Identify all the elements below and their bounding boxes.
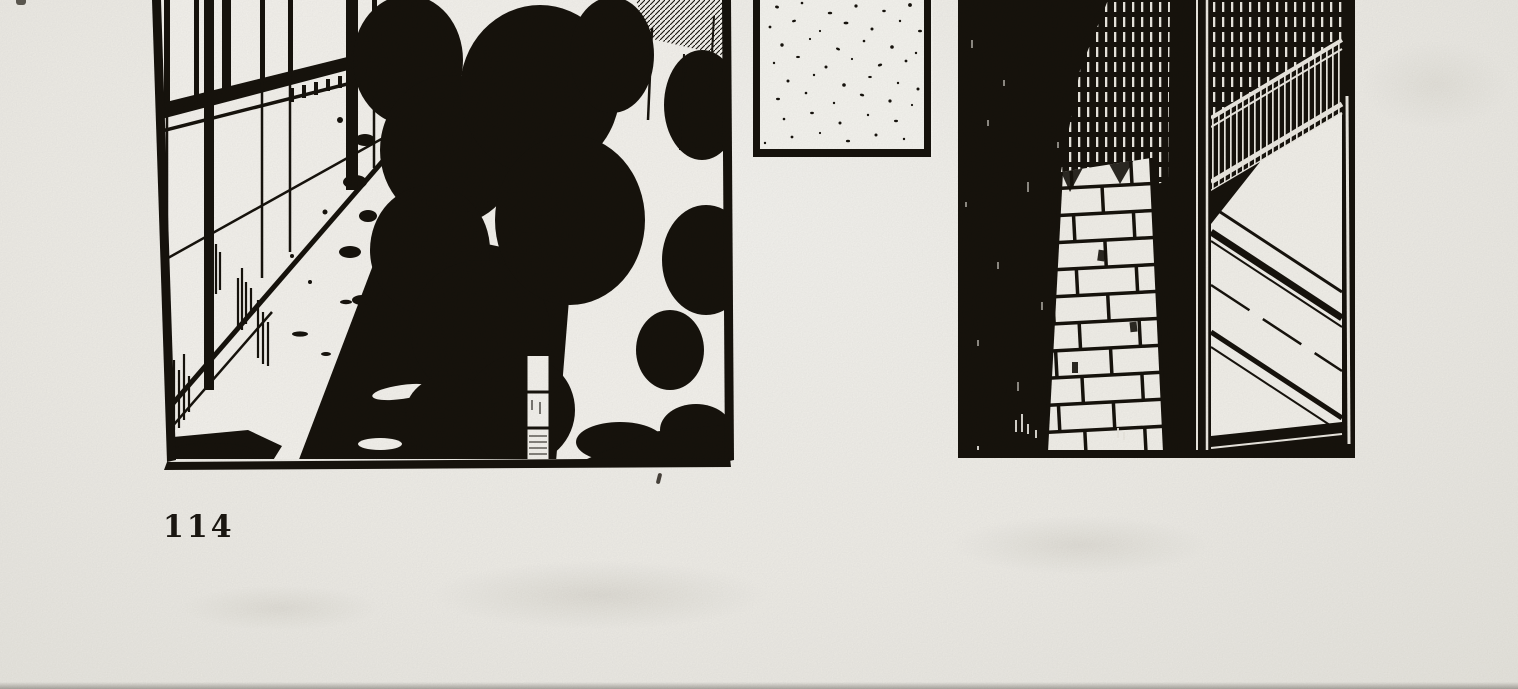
- scan-edge-shadow: [0, 682, 1518, 689]
- scanned-page: 114: [0, 0, 1518, 689]
- panel-veranda: [150, 0, 734, 470]
- paper-blotch: [950, 515, 1210, 575]
- panel-doorway: [958, 0, 1355, 458]
- panel-stipple: [753, 0, 933, 163]
- paper-blotch: [1360, 40, 1510, 130]
- paper-blotch: [180, 585, 380, 631]
- panel-border-bottom: [164, 458, 731, 470]
- panel-border-bottom: [958, 450, 1355, 458]
- scan-corner-mark: [16, 0, 26, 5]
- panel-border-bottom: [753, 149, 931, 157]
- panel-border-right: [924, 0, 931, 157]
- page-number: 114: [163, 510, 235, 546]
- ink-fleck: [656, 473, 663, 485]
- panel-border-left: [753, 0, 760, 157]
- doorway-drawing: [958, 0, 1355, 458]
- veranda-drawing: [150, 0, 734, 470]
- stipple-drawing: [753, 0, 933, 163]
- paper-blotch: [430, 560, 770, 630]
